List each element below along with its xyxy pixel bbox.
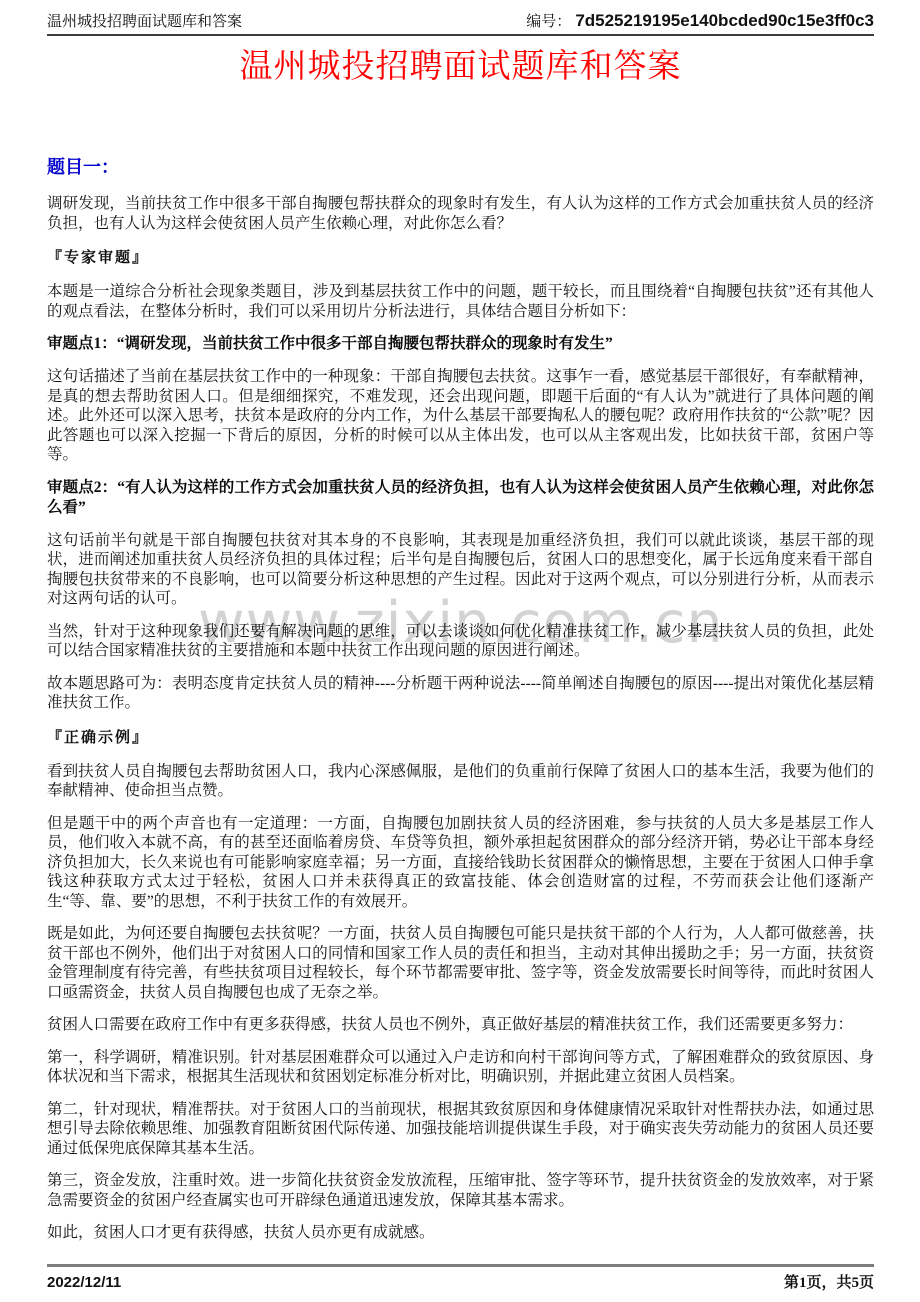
footer-date: 2022/12/11 — [47, 1274, 121, 1291]
paragraph: 本题是一道综合分析社会现象类题目，涉及到基层扶贫工作中的问题，题干较长，而且围绕… — [47, 282, 874, 321]
paragraph: 第二，针对现状，精准帮扶。对于贫困人口的当前现状，根据其致贫原因和身体健康情况采… — [47, 1100, 874, 1159]
paragraph: 故本题思路可为：表明态度肯定扶贫人员的精神----分析题干两种说法----简单阐… — [47, 674, 874, 713]
bold-heading-point-2: 审题点2：“有人认为这样的工作方式会加重扶贫人员的经济负担，也有人认为这样会使贫… — [47, 478, 874, 518]
paragraph: 既是如此，为何还要自掏腰包去扶贫呢？一方面，扶贫人员自掏腰包可能只是扶贫干部的个… — [47, 924, 874, 1002]
header-number: 编号： 7d525219195e140bcded90c15e3ff0c3 — [526, 10, 874, 31]
paragraph: 第一，科学调研，精准识别。针对基层困难群众可以通过入户走访和向村干部询问等方式，… — [47, 1048, 874, 1087]
header-doc-title: 温州城投招聘面试题库和答案 — [47, 10, 242, 31]
paragraph: 第三，资金发放，注重时效。进一步简化扶贫资金发放流程，压缩审批、签字等环节，提升… — [47, 1171, 874, 1210]
paragraph: 当然，针对于这种现象我们还要有解决问题的思维，可以去谈谈如何优化精准扶贫工作，减… — [47, 622, 874, 661]
header-number-value: 7d525219195e140bcded90c15e3ff0c3 — [575, 11, 874, 31]
paragraph: 这句话前半句就是干部自掏腰包扶贫对其本身的不良影响，其表现是加重经济负担，我们可… — [47, 531, 874, 609]
paragraph: 贫困人口需要在政府工作中有更多获得感，扶贫人员也不例外，真正做好基层的精准扶贫工… — [47, 1015, 874, 1035]
footer-page-info: 第1页，共5页 — [784, 1271, 874, 1292]
page-footer: 2022/12/11 第1页，共5页 — [47, 1264, 874, 1292]
header-number-label: 编号： — [526, 10, 571, 31]
document-content: 温州城投招聘面试题库和答案 题目一： 调研发现，当前扶贫工作中很多干部自掏腰包帮… — [47, 40, 874, 1256]
page-header: 温州城投招聘面试题库和答案 编号： 7d525219195e140bcded90… — [47, 10, 874, 36]
bracket-marker-expert-review: 『专家审题』 — [47, 246, 874, 267]
section-label-question-one: 题目一： — [47, 153, 874, 179]
bracket-marker-correct-example: 『正确示例』 — [47, 726, 874, 747]
bold-heading-point-1: 审题点1：“调研发现，当前扶贫工作中很多干部自掏腰包帮扶群众的现象时有发生” — [47, 334, 874, 354]
paragraph: 这句话描述了当前在基层扶贫工作中的一种现象：干部自掏腰包去扶贫。这事乍一看，感觉… — [47, 367, 874, 465]
page-title: 温州城投招聘面试题库和答案 — [47, 40, 874, 87]
paragraph: 看到扶贫人员自掏腰包去帮助贫困人口，我内心深感佩服，是他们的负重前行保障了贫困人… — [47, 762, 874, 801]
document-page: 温州城投招聘面试题库和答案 编号： 7d525219195e140bcded90… — [0, 0, 920, 1302]
paragraph: 调研发现，当前扶贫工作中很多干部自掏腰包帮扶群众的现象时有发生，有人认为这样的工… — [47, 194, 874, 233]
paragraph: 但是题干中的两个声音也有一定道理：一方面，自掏腰包加剧扶贫人员的经济困难，参与扶… — [47, 814, 874, 912]
paragraph: 如此，贫困人口才更有获得感，扶贫人员亦更有成就感。 — [47, 1223, 874, 1243]
